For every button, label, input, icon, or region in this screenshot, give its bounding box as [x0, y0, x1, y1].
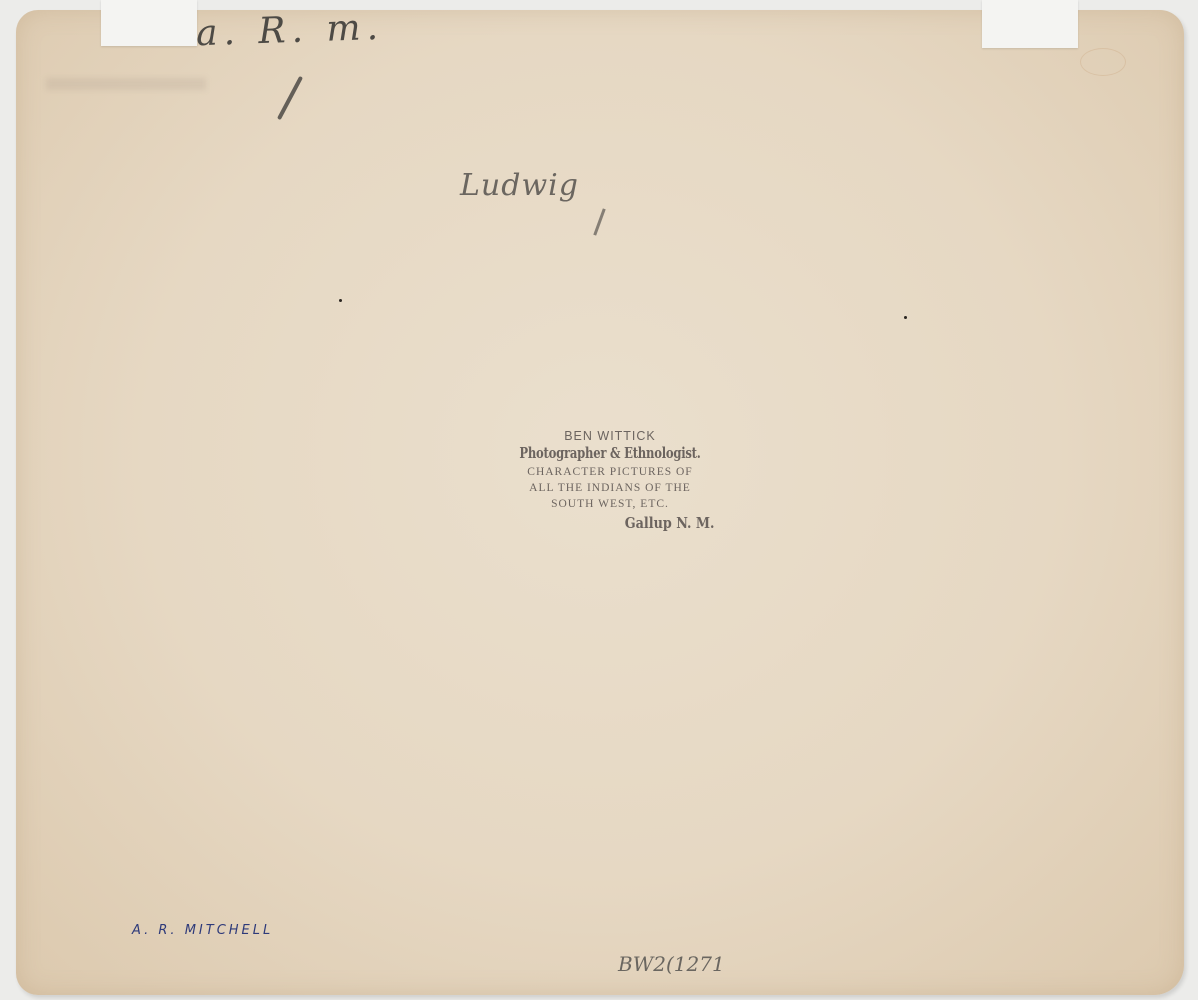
stamp-title: Photographer & Ethnologist.	[506, 444, 714, 464]
photographer-stamp: BEN WITTICK Photographer & Ethnologist. …	[480, 428, 740, 534]
catalog-number-note: BW2(1271	[618, 952, 725, 976]
water-stain	[1080, 48, 1126, 76]
blue-ink-name-note: A. R. MITCHELL	[132, 923, 273, 938]
stamp-line-3: CHARACTER PICTURES OF	[480, 464, 740, 480]
pin-hole-left	[339, 299, 342, 302]
mounting-tape-left	[101, 0, 197, 46]
pencil-name-note: Ludwig	[460, 168, 579, 203]
mounting-tape-right	[982, 0, 1078, 48]
pencil-smudge	[46, 78, 206, 90]
stamp-location: Gallup N. M.	[519, 512, 740, 534]
pin-hole-right	[904, 316, 907, 319]
pencil-initials-note: a. R. m.	[195, 7, 384, 55]
stamp-name: BEN WITTICK	[480, 428, 740, 444]
stamp-line-5: SOUTH WEST, ETC.	[480, 496, 740, 512]
stamp-line-4: ALL THE INDIANS OF THE	[480, 480, 740, 496]
